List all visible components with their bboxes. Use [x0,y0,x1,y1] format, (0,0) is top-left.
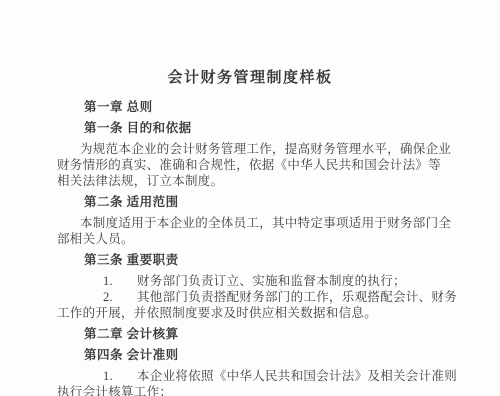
body-line: 本制度适用于本企业的全体员工，其中特定事项适用于财务部门全 [57,215,443,231]
body-line: 执行会计核算工作； [57,384,443,396]
list-text: 财务部门负责订立、实施和监督本制度的执行； [137,273,406,289]
list-item: 1. 财务部门负责订立、实施和监督本制度的执行； [103,273,443,289]
body-line: 为规范本企业的会计财务管理工作，提高财务管理水平，确保企业 [57,141,443,157]
chapter-heading: 第一章 总则 [84,99,443,115]
article-heading: 第一条 目的和依据 [84,120,443,136]
body-line: 部相关人员。 [57,231,443,247]
body-line: 工作的开展，并依照制度要求及时供应相关数据和信息。 [57,305,443,321]
article-heading: 第三条 重要职责 [84,252,443,268]
article-heading: 第二条 适用范围 [84,194,443,210]
document-title: 会计财务管理制度样板 [57,71,443,86]
list-text: 本企业将依照《中华人民共和国会计法》及相关会计准则 [137,368,457,384]
list-number: 2. [103,289,137,305]
list-number: 1. [103,273,137,289]
body-line: 财务情形的真实、准确和合规性，依据《中华人民共和国会计法》等 [57,157,443,173]
article-heading: 第四条 会计准则 [84,347,443,363]
document-page: 会计财务管理制度样板 第一章 总则 第一条 目的和依据 为规范本企业的会计财务管… [0,0,500,396]
list-item: 2. 其他部门负责搭配财务部门的工作，乐观搭配会计、财务 [103,289,443,305]
list-text: 其他部门负责搭配财务部门的工作，乐观搭配会计、财务 [137,289,457,305]
list-number: 1. [103,368,137,384]
list-item: 1. 本企业将依照《中华人民共和国会计法》及相关会计准则 [103,368,443,384]
body-line: 相关法律法规，订立本制度。 [57,173,443,189]
chapter-heading: 第二章 会计核算 [84,326,443,342]
